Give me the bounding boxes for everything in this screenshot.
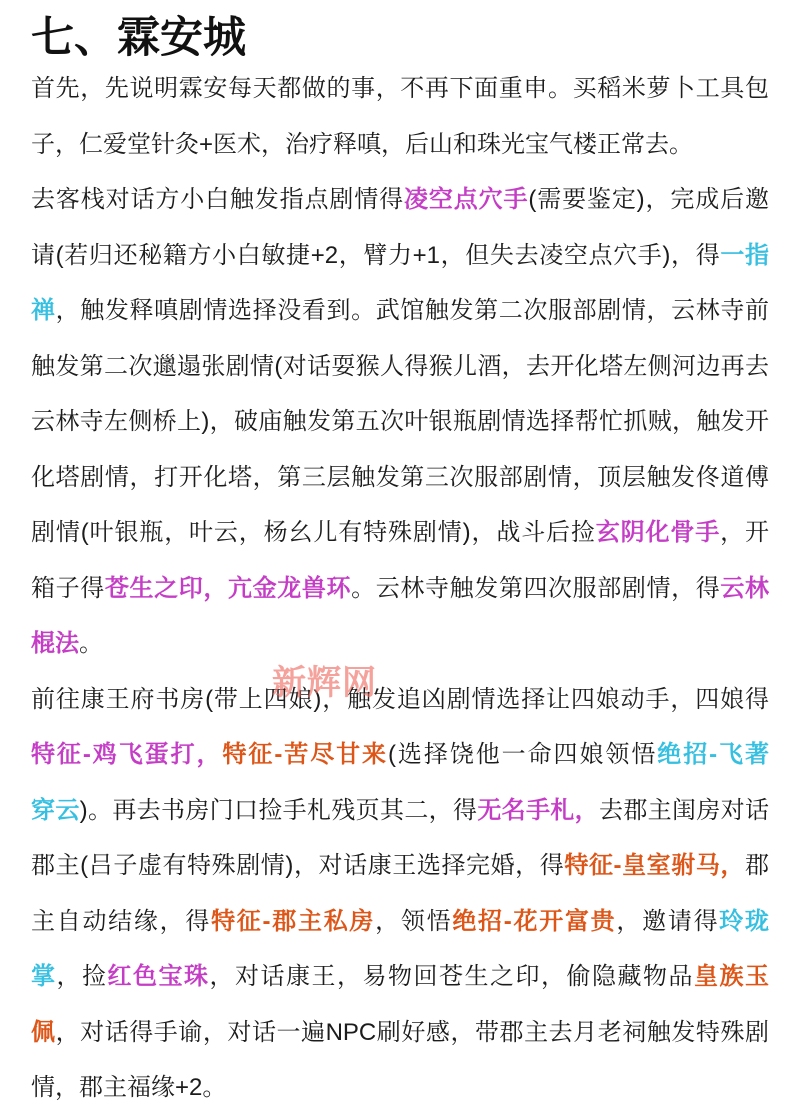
text-line: 掌，捡红色宝珠，对话康王，易物回苍生之印，偷隐藏物品皇族玉 [31, 949, 769, 1005]
text-run: ，领悟 [375, 908, 452, 935]
text-line: 特征-鸡飞蛋打，特征-苦尽甘来(选择饶他一命四娘领悟绝招-飞著 [31, 727, 769, 783]
highlight-term: 一指 [720, 242, 769, 269]
text-run: 化塔剧情，打开化塔，第三层触发第三次服部剧情，顶层触发佟道傅 [31, 464, 769, 491]
document-page: 七、霖安城 新辉网 首先，先说明霖安每天都做的事，不再下面重申。买稻米萝卜工具包… [0, 0, 800, 1116]
text-line: 云林寺左侧桥上)，破庙触发第五次叶银瓶剧情选择帮忙抓贼，触发开 [31, 394, 769, 450]
text-run: 剧情(叶银瓶，叶云，杨幺儿有特殊剧情)，战斗后捡 [31, 519, 596, 546]
text-line: 穿云)。再去书房门口捡手札残页其二，得无名手札，去郡主闺房对话 [31, 783, 769, 839]
text-line: 化塔剧情，打开化塔，第三层触发第三次服部剧情，顶层触发佟道傅 [31, 450, 769, 506]
body-text: 首先，先说明霖安每天都做的事，不再下面重申。买稻米萝卜工具包子，仁爱堂针灸+医术… [31, 61, 769, 1116]
text-line: 禅，触发释嗔剧情选择没看到。武馆触发第二次服部剧情，云林寺前 [31, 283, 769, 339]
text-line: 前往康王府书房(带上四娘)，触发追凶剧情选择让四娘动手，四娘得 [31, 672, 769, 728]
text-line: 郡主(吕子虚有特殊剧情)，对话康王选择完婚，得特征-皇室驸马，郡 [31, 838, 769, 894]
text-run: ，对话康王，易物回苍生之印，偷隐藏物品 [210, 963, 695, 990]
highlight-term: 玲珑 [719, 908, 769, 935]
highlight-term: 凌空点穴手 [404, 186, 528, 213]
highlight-term: 特征-鸡飞蛋打， [31, 741, 222, 768]
highlight-term: 红色宝珠 [108, 963, 210, 990]
text-run: 主自动结缘，得 [31, 908, 211, 935]
text-run: )。再去书房门口捡手札残页其二，得 [80, 797, 478, 824]
text-run: 去郡主闺房对话 [599, 797, 769, 824]
highlight-term: 绝招-花开富贵 [452, 908, 616, 935]
text-line: 子，仁爱堂针灸+医术，治疗释嗔，后山和珠光宝气楼正常去。 [31, 117, 769, 173]
highlight-term: 穿云 [31, 797, 80, 824]
text-run: 云林寺左侧桥上)，破庙触发第五次叶银瓶剧情选择帮忙抓贼，触发开 [31, 408, 769, 435]
highlight-term: 禅 [31, 297, 56, 324]
text-run: 箱子得 [31, 575, 105, 602]
text-line: 剧情(叶银瓶，叶云，杨幺儿有特殊剧情)，战斗后捡玄阴化骨手，开 [31, 505, 769, 561]
text-line: 佩，对话得手谕，对话一遍NPC刷好感，带郡主去月老祠触发特殊剧 [31, 1005, 769, 1061]
highlight-term: 特征-皇室驸马， [564, 852, 745, 879]
highlight-term: 云林 [720, 575, 769, 602]
highlight-term: 棍法 [31, 630, 79, 657]
text-run: 郡 [745, 852, 769, 879]
highlight-term: 绝招-飞著 [657, 741, 769, 768]
highlight-term: 掌 [31, 963, 57, 990]
highlight-term: 苍生之印，亢金龙兽环 [105, 575, 351, 602]
text-line: 触发第二次邋遢张剧情(对话耍猴人得猴儿酒，去开化塔左侧河边再去 [31, 339, 769, 395]
text-line: 首先，先说明霖安每天都做的事，不再下面重申。买稻米萝卜工具包 [31, 61, 769, 117]
text-run: 。 [79, 630, 103, 657]
text-line: 棍法。 [31, 616, 769, 672]
text-run: 去客栈对话方小白触发指点剧情得 [31, 186, 404, 213]
text-run: ，邀请得 [616, 908, 719, 935]
page-title: 七、霖安城 [31, 4, 246, 65]
text-run: 情，郡主福缘+2。 [31, 1074, 226, 1101]
text-line: 去客栈对话方小白触发指点剧情得凌空点穴手(需要鉴定)，完成后邀 [31, 172, 769, 228]
text-run: 前往康王府书房(带上四娘)，触发追凶剧情选择让四娘动手，四娘得 [31, 686, 769, 713]
text-run: 子，仁爱堂针灸+医术，治疗释嗔，后山和珠光宝气楼正常去。 [31, 131, 693, 158]
text-run: 触发第二次邋遢张剧情(对话耍猴人得猴儿酒，去开化塔左侧河边再去 [31, 353, 769, 380]
text-run: (选择饶他一命四娘领悟 [388, 741, 657, 768]
text-line: 请(若归还秘籍方小白敏捷+2，臂力+1，但失去凌空点穴手)，得一指 [31, 228, 769, 284]
highlight-term: 特征-苦尽甘来 [222, 741, 388, 768]
text-run: (需要鉴定)，完成后邀 [528, 186, 769, 213]
highlight-term: 无名手札， [477, 797, 599, 824]
text-run: ，开 [720, 519, 769, 546]
text-run: 请(若归还秘籍方小白敏捷+2，臂力+1，但失去凌空点穴手)，得 [31, 242, 720, 269]
highlight-term: 特征-郡主私房 [211, 908, 375, 935]
text-run: ，捡 [57, 963, 108, 990]
highlight-term: 玄阴化骨手 [596, 519, 720, 546]
text-line: 箱子得苍生之印，亢金龙兽环。云林寺触发第四次服部剧情，得云林 [31, 561, 769, 617]
text-run: ，触发释嗔剧情选择没看到。武馆触发第二次服部剧情，云林寺前 [56, 297, 769, 324]
text-run: 郡主(吕子虚有特殊剧情)，对话康王选择完婚，得 [31, 852, 564, 879]
text-run: 首先，先说明霖安每天都做的事，不再下面重申。买稻米萝卜工具包 [31, 75, 769, 102]
highlight-term: 佩 [31, 1019, 56, 1046]
text-line: 情，郡主福缘+2。 [31, 1060, 769, 1116]
text-line: 主自动结缘，得特征-郡主私房，领悟绝招-花开富贵，邀请得玲珑 [31, 894, 769, 950]
text-run: 。云林寺触发第四次服部剧情，得 [351, 575, 720, 602]
text-run: ，对话得手谕，对话一遍NPC刷好感，带郡主去月老祠触发特殊剧 [56, 1019, 769, 1046]
highlight-term: 皇族玉 [694, 963, 769, 990]
